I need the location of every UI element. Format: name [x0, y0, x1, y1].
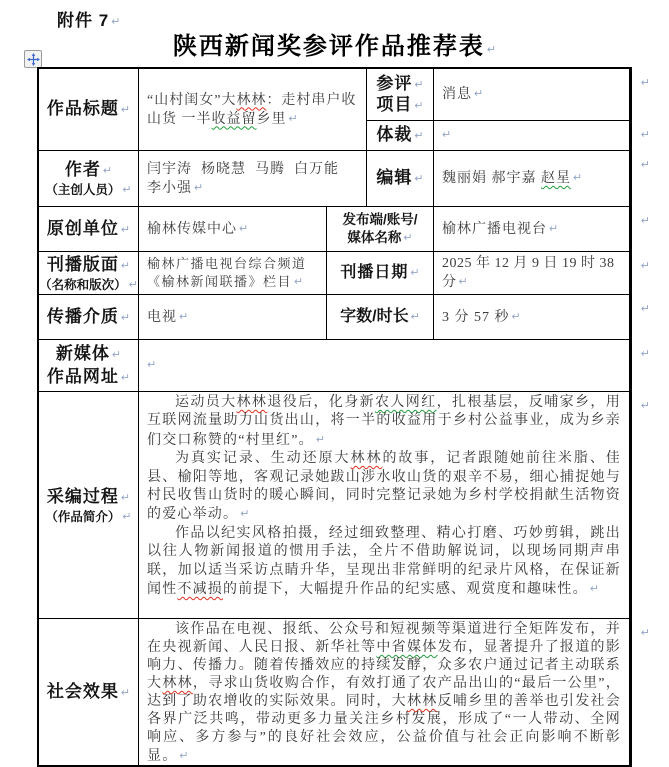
- row-new-media-url: 新媒体↵ 作品网址↵ ↵ ↵: [39, 340, 630, 392]
- social-effect-cell[interactable]: 该作品在电视、报纸、公众号和短视频等渠道进行全矩阵发布，并在央视新闻、人民日报、…: [139, 619, 630, 765]
- subrow-genre: 体裁↵ ↵ ↵: [367, 121, 630, 150]
- editing-process-cell[interactable]: 运动员大林林退役后，化身新农人网红，扎根基层，反哺家乡，用互联网流量助力山货出山…: [139, 392, 630, 618]
- paragraph-mark-icon: ↵: [122, 184, 131, 196]
- work-title-text: “山村闺女”大林林：走村串户收山货 一半收益留乡里: [147, 93, 356, 127]
- move-arrows-icon: [27, 53, 40, 66]
- author-names-cell[interactable]: 闫宇涛 杨晓慧 马腾 白万能 李小强↵: [139, 151, 367, 206]
- genre-value-cell[interactable]: ↵: [434, 121, 630, 150]
- row-end-mark-icon: ↵: [641, 214, 650, 227]
- paragraph-mark-icon: ↵: [414, 173, 423, 185]
- duration-value[interactable]: 3 分 57 秒↵: [434, 295, 630, 339]
- row-editing-process: 采编过程↵ （作品简介）↵ 运动员大林林退役后，化身新农人网红，扎根基层，反哺家…: [39, 392, 630, 619]
- paragraph-mark-icon: ↵: [414, 130, 423, 142]
- row-original-unit: 原创单位↵ 榆林传媒中心↵ 发布端/账号/ 媒体名称↵ 榆林广播电视台↵ ↵: [39, 207, 630, 252]
- paragraph-mark-icon: ↵: [459, 276, 468, 288]
- editor-names-cell[interactable]: 魏丽娟 郝宇嘉 赵星↵: [434, 151, 630, 206]
- editor-names-text: 魏丽娟 郝宇嘉 赵星: [442, 171, 571, 186]
- paragraph-mark-icon: ↵: [573, 172, 582, 184]
- row-social-effect: 社会效果↵ 该作品在电视、报纸、公众号和短视频等渠道进行全矩阵发布，并在央视新闻…: [39, 619, 630, 765]
- publish-platform-label[interactable]: 发布端/账号/ 媒体名称↵: [327, 207, 434, 251]
- paragraph-mark-icon: ↵: [121, 104, 130, 116]
- subrow-entry-category: 参评↵ 项目↵ 消息↵ ↵: [367, 69, 630, 121]
- paragraph-mark-icon: ↵: [121, 260, 130, 272]
- new-media-url-label[interactable]: 新媒体↵ 作品网址↵: [39, 340, 139, 391]
- paragraph-mark-icon: ↵: [316, 434, 325, 446]
- duration-label[interactable]: 字数/时长↵: [327, 295, 434, 339]
- paragraph-mark-icon: ↵: [414, 100, 423, 112]
- entry-category-value[interactable]: 消息↵: [434, 69, 630, 120]
- row-medium: 传播介质↵ 电视↵ 字数/时长↵ 3 分 57 秒↵ ↵: [39, 295, 630, 340]
- entry-category-label[interactable]: 参评↵ 项目↵: [367, 69, 434, 120]
- paragraph-mark-icon: ↵: [403, 232, 412, 244]
- publish-date-label[interactable]: 刊播日期↵: [327, 252, 434, 294]
- publish-layout-label[interactable]: 刊播版面↵ （名称和版次）↵: [39, 252, 139, 294]
- paragraph-mark-icon: ↵: [239, 223, 248, 235]
- paragraph-mark-icon: ↵: [121, 372, 130, 384]
- paragraph-mark-icon: ↵: [487, 44, 496, 56]
- paragraph-mark-icon: ↵: [179, 311, 188, 323]
- recommendation-table: 作品标题↵ “山村闺女”大林林：走村串户收山货 一半收益留乡里↵ 参评↵ 项目↵…: [37, 67, 632, 767]
- page-title-text: 陕西新闻奖参评作品推荐表: [173, 34, 485, 60]
- paragraph-mark-icon: ↵: [414, 79, 423, 91]
- paragraph-mark-icon: ↵: [410, 267, 419, 279]
- paragraph-mark-icon: ↵: [442, 126, 451, 145]
- genre-label[interactable]: 体裁↵: [367, 121, 434, 150]
- synopsis-paragraph-1: 运动员大林林退役后，化身新农人网红，扎根基层，反哺家乡，用互联网流量助力山货出山…: [147, 394, 621, 450]
- original-unit-label[interactable]: 原创单位↵: [39, 207, 139, 251]
- original-unit-value[interactable]: 榆林传媒中心↵: [139, 207, 327, 251]
- synopsis-paragraph-2: 为真实记录、生动还原大林林的故事，记者跟随她前往米脂、佳县、榆阳等地，客观记录她…: [147, 450, 621, 525]
- social-effect-label[interactable]: 社会效果↵: [39, 619, 139, 765]
- publish-date-value[interactable]: 2025 年 12 月 9 日 19 时 38 分↵: [434, 252, 630, 294]
- row-authors: 作者↵ （主创人员）↵ 闫宇涛 杨晓慧 马腾 白万能 李小强↵ 编辑↵ 魏丽娟 …: [39, 151, 630, 207]
- editor-label[interactable]: 编辑↵: [367, 151, 434, 206]
- paragraph-mark-icon: ↵: [112, 349, 121, 361]
- paragraph-mark-icon: ↵: [121, 492, 130, 504]
- paragraph-mark-icon: ↵: [121, 687, 130, 699]
- row-publish-layout: 刊播版面↵ （名称和版次）↵ 榆林广播电视台综合频道《榆林新闻联播》栏目↵ 刊播…: [39, 252, 630, 295]
- row-work-title: 作品标题↵ “山村闺女”大林林：走村串户收山货 一半收益留乡里↵ 参评↵ 项目↵…: [39, 69, 630, 151]
- work-title-label[interactable]: 作品标题↵: [39, 69, 139, 150]
- paragraph-mark-icon: ↵: [121, 224, 130, 236]
- paragraph-mark-icon: ↵: [147, 356, 156, 375]
- work-title-cell[interactable]: “山村闺女”大林林：走村串户收山货 一半收益留乡里↵: [139, 69, 367, 150]
- paragraph-mark-icon: ↵: [129, 279, 138, 291]
- category-genre-group: 参评↵ 项目↵ 消息↵ ↵ 体裁↵ ↵ ↵: [367, 69, 630, 150]
- row-end-mark-icon: ↵: [641, 158, 650, 171]
- paragraph-mark-icon: ↵: [411, 311, 420, 323]
- paragraph-mark-icon: ↵: [194, 182, 203, 194]
- paragraph-mark-icon: ↵: [179, 750, 188, 762]
- paragraph-mark-icon: ↵: [512, 311, 521, 323]
- synopsis-paragraph-3: 作品以纪实风格拍摄，经过细致整理、精心打磨、巧妙剪辑，跳出以往人物新闻报道的惯用…: [147, 525, 621, 600]
- paragraph-mark-icon: ↵: [294, 276, 303, 288]
- paragraph-mark-icon: ↵: [122, 511, 131, 523]
- row-end-mark-icon: ↵: [641, 128, 650, 141]
- row-end-mark-icon: ↵: [641, 259, 650, 272]
- row-end-mark-icon: ↵: [641, 302, 650, 315]
- publish-platform-value[interactable]: 榆林广播电视台↵: [434, 207, 630, 251]
- page-title[interactable]: 陕西新闻奖参评作品推荐表↵: [0, 26, 669, 61]
- paragraph-mark-icon: ↵: [289, 113, 298, 125]
- row-end-mark-icon: ↵: [641, 399, 650, 412]
- editing-process-label[interactable]: 采编过程↵ （作品简介）↵: [39, 392, 139, 618]
- author-names-text: 闫宇涛 杨晓慧 马腾 白万能 李小强: [147, 162, 344, 196]
- row-end-mark-icon: ↵: [641, 626, 650, 639]
- paragraph-mark-icon: ↵: [590, 583, 599, 595]
- medium-label[interactable]: 传播介质↵: [39, 295, 139, 339]
- paragraph-mark-icon: ↵: [474, 88, 483, 100]
- paragraph-mark-icon: ↵: [549, 223, 558, 235]
- paragraph-mark-icon: ↵: [121, 312, 130, 324]
- new-media-url-cell[interactable]: ↵: [139, 340, 630, 391]
- author-label[interactable]: 作者↵ （主创人员）↵: [39, 151, 139, 206]
- social-effect-paragraph: 该作品在电视、报纸、公众号和短视频等渠道进行全矩阵发布，并在央视新闻、人民日报、…: [147, 621, 621, 765]
- table-move-handle[interactable]: [24, 50, 42, 68]
- paragraph-mark-icon: ↵: [103, 165, 112, 177]
- row-end-mark-icon: ↵: [641, 347, 650, 360]
- publish-layout-value[interactable]: 榆林广播电视台综合频道《榆林新闻联播》栏目↵: [139, 252, 327, 294]
- row-end-mark-icon: ↵: [641, 76, 650, 89]
- medium-value[interactable]: 电视↵: [139, 295, 327, 339]
- paragraph-mark-icon: ↵: [240, 508, 249, 520]
